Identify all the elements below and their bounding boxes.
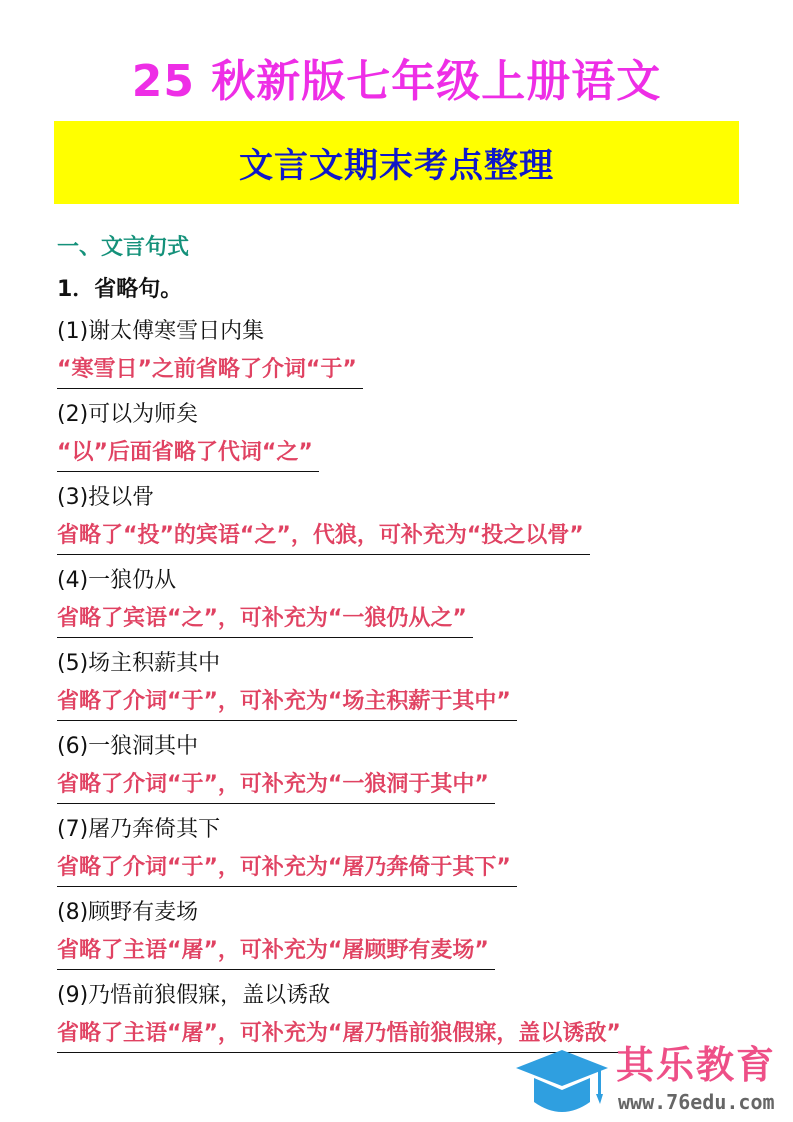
subtitle-text: 文言文期末考点整理 bbox=[239, 138, 554, 187]
watermark-logo: 其乐教育 www.76edu.com bbox=[512, 1038, 787, 1118]
list-item: (3)投以骨 省略了“投”的宾语“之”，代狼，可补充为“投之以骨” bbox=[57, 478, 757, 561]
answer-text: 省略了宾语“之”，可补充为“一狼仍从之” bbox=[57, 601, 473, 638]
question-text: (3)投以骨 bbox=[57, 478, 757, 518]
list-item: (7)屠乃奔倚其下 省略了介词“于”，可补充为“屠乃奔倚于其下” bbox=[57, 810, 757, 893]
subtitle-banner: 文言文期末考点整理 bbox=[54, 121, 739, 204]
page-title: 25 秋新版七年级上册语文 bbox=[0, 52, 793, 112]
question-text: (4)一狼仍从 bbox=[57, 561, 757, 601]
question-text: (8)顾野有麦场 bbox=[57, 893, 757, 933]
question-text: (9)乃悟前狼假寐，盖以诱敌 bbox=[57, 976, 757, 1016]
watermark-url: www.76edu.com bbox=[618, 1090, 775, 1114]
question-text: (2)可以为师矣 bbox=[57, 395, 757, 435]
list-item: (6)一狼洞其中 省略了介词“于”，可补充为“一狼洞于其中” bbox=[57, 727, 757, 810]
list-item: (8)顾野有麦场 省略了主语“屠”，可补充为“屠顾野有麦场” bbox=[57, 893, 757, 976]
question-text: (6)一狼洞其中 bbox=[57, 727, 757, 767]
watermark-name: 其乐教育 bbox=[616, 1044, 776, 1086]
question-text: (5)场主积薪其中 bbox=[57, 644, 757, 684]
list-item: (4)一狼仍从 省略了宾语“之”，可补充为“一狼仍从之” bbox=[57, 561, 757, 644]
list-item: (5)场主积薪其中 省略了介词“于”，可补充为“场主积薪于其中” bbox=[57, 644, 757, 727]
list-item: (2)可以为师矣 “以”后面省略了代词“之” bbox=[57, 395, 757, 478]
answer-text: “以”后面省略了代词“之” bbox=[57, 435, 319, 472]
answer-text: 省略了介词“于”，可补充为“场主积薪于其中” bbox=[57, 684, 517, 721]
answer-text: 省略了介词“于”，可补充为“一狼洞于其中” bbox=[57, 767, 495, 804]
content: 一、文言句式 1．省略句。 (1)谢太傅寒雪日内集 “寒雪日”之前省略了介词“于… bbox=[57, 228, 757, 1059]
question-text: (7)屠乃奔倚其下 bbox=[57, 810, 757, 850]
answer-text: 省略了介词“于”，可补充为“屠乃奔倚于其下” bbox=[57, 850, 517, 887]
question-text: (1)谢太傅寒雪日内集 bbox=[57, 312, 757, 352]
list-item: (1)谢太傅寒雪日内集 “寒雪日”之前省略了介词“于” bbox=[57, 312, 757, 395]
answer-text: 省略了“投”的宾语“之”，代狼，可补充为“投之以骨” bbox=[57, 518, 590, 555]
section-heading: 一、文言句式 bbox=[57, 228, 757, 268]
answer-text: “寒雪日”之前省略了介词“于” bbox=[57, 352, 363, 389]
graduation-cap-icon bbox=[512, 1046, 612, 1118]
answer-text: 省略了主语“屠”，可补充为“屠顾野有麦场” bbox=[57, 933, 495, 970]
sub-heading: 1．省略句。 bbox=[57, 268, 757, 312]
